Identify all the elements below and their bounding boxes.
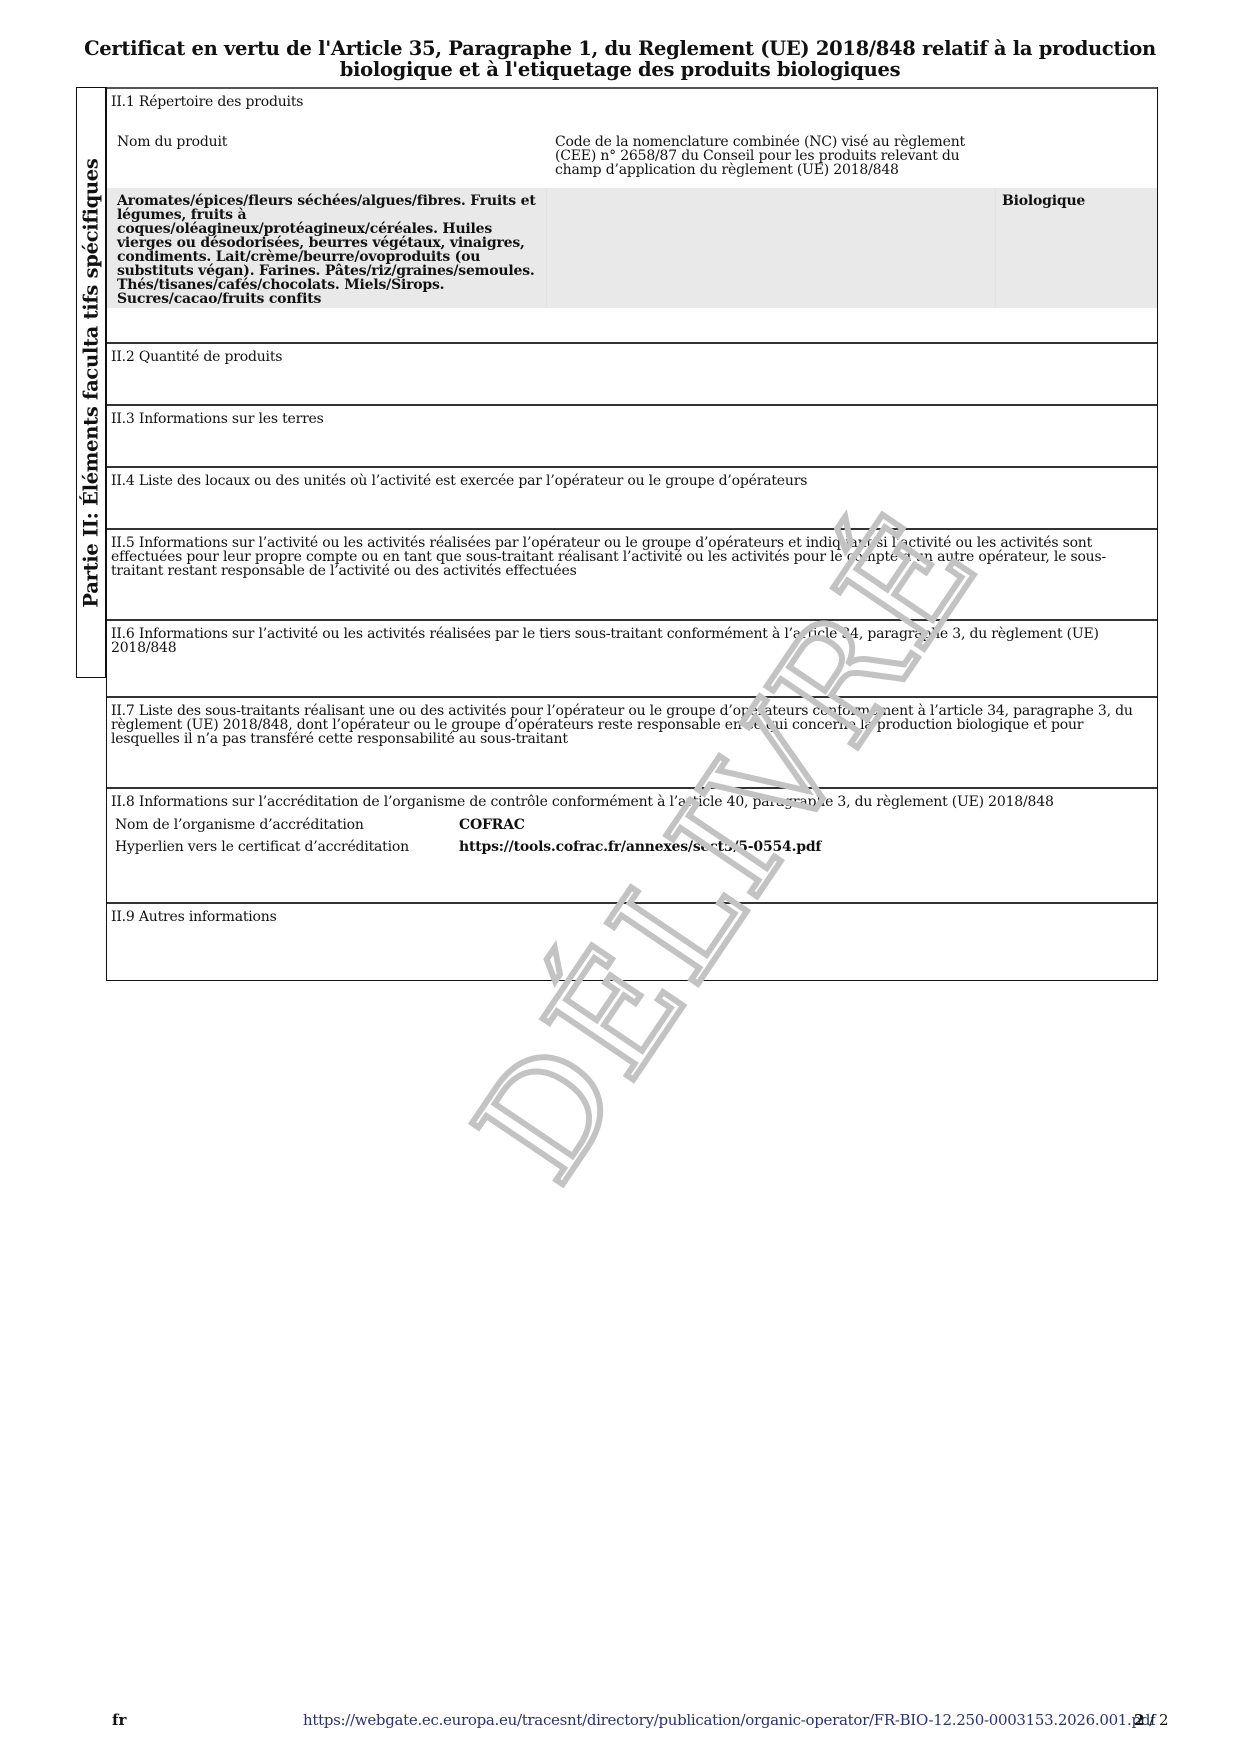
accreditation-body-row: Nom de l’organisme d’accréditation COFRA…	[107, 818, 1157, 832]
section-title: II.9 Autres informations	[107, 904, 1157, 924]
part-ii-side-label: Partie II: Éléments faculta tifs spécifi…	[80, 158, 103, 607]
part-ii-side-panel: Partie II: Éléments faculta tifs spécifi…	[76, 87, 106, 678]
section-ii-3-land-info: II.3 Informations sur les terres	[107, 404, 1157, 466]
accreditation-body-label: Nom de l’organisme d’accréditation	[115, 818, 459, 832]
page-current: 2	[1134, 1711, 1144, 1729]
section-title: II.2 Quantité de produits	[107, 344, 1157, 364]
section-title: II.1 Répertoire des produits	[107, 89, 1157, 109]
section-title: II.7 Liste des sous-traitants réalisant …	[107, 698, 1157, 746]
accreditation-body-value: COFRAC	[459, 818, 525, 832]
section-title: II.5 Informations sur l’activité ou les …	[107, 530, 1157, 578]
section-ii-4-premises: II.4 Liste des locaux ou des unités où l…	[107, 466, 1157, 528]
page-total: / 2	[1149, 1711, 1168, 1729]
section-title: II.4 Liste des locaux ou des unités où l…	[107, 468, 1157, 488]
document-title-line-2: biologique et à l'etiquetage des produit…	[60, 59, 1180, 80]
column-header-nc-code: Code de la nomenclature combinée (NC) vi…	[555, 135, 975, 188]
section-ii-5-activities: II.5 Informations sur l’activité ou les …	[107, 528, 1157, 619]
document-title: Certificat en vertu de l'Article 35, Par…	[60, 38, 1180, 80]
column-header-product-name: Nom du produit	[117, 135, 555, 188]
accreditation-link-row: Hyperlien vers le certificat d’accrédita…	[107, 840, 1157, 854]
section-ii-7-subcontractors: II.7 Liste des sous-traitants réalisant …	[107, 696, 1157, 787]
section-title: II.6 Informations sur l’activité ou les …	[107, 621, 1157, 655]
section-ii-1-product-list: II.1 Répertoire des produits Nom du prod…	[107, 87, 1157, 342]
product-nc-code	[546, 188, 996, 308]
section-ii-8-accreditation: II.8 Informations sur l’accréditation de…	[107, 787, 1157, 902]
section-ii-6-third-party-activities: II.6 Informations sur l’activité ou les …	[107, 619, 1157, 696]
product-status: Biologique	[996, 188, 1157, 308]
section-title: II.8 Informations sur l’accréditation de…	[107, 789, 1157, 809]
footer-page-number: 2 / 2	[1134, 1711, 1169, 1729]
part-ii-table: II.1 Répertoire des produits Nom du prod…	[106, 87, 1158, 981]
document-title-line-1: Certificat en vertu de l'Article 35, Par…	[60, 38, 1180, 59]
accreditation-link-value[interactable]: https://tools.cofrac.fr/annexes/sect5/5-…	[459, 840, 821, 854]
section-ii-2-quantity: II.2 Quantité de produits	[107, 342, 1157, 404]
product-name: Aromates/épices/fleurs séchées/algues/fi…	[107, 188, 546, 308]
footer-language: fr	[112, 1711, 126, 1729]
product-table-header: Nom du produit Code de la nomenclature c…	[107, 135, 1157, 188]
footer-document-url[interactable]: https://webgate.ec.europa.eu/tracesnt/di…	[303, 1711, 1155, 1729]
section-title: II.3 Informations sur les terres	[107, 406, 1157, 426]
accreditation-link-label: Hyperlien vers le certificat d’accrédita…	[115, 840, 459, 854]
page-footer: fr https://webgate.ec.europa.eu/tracesnt…	[112, 1711, 1172, 1731]
product-row: Aromates/épices/fleurs séchées/algues/fi…	[107, 188, 1157, 308]
section-ii-9-other-info: II.9 Autres informations	[107, 902, 1157, 980]
